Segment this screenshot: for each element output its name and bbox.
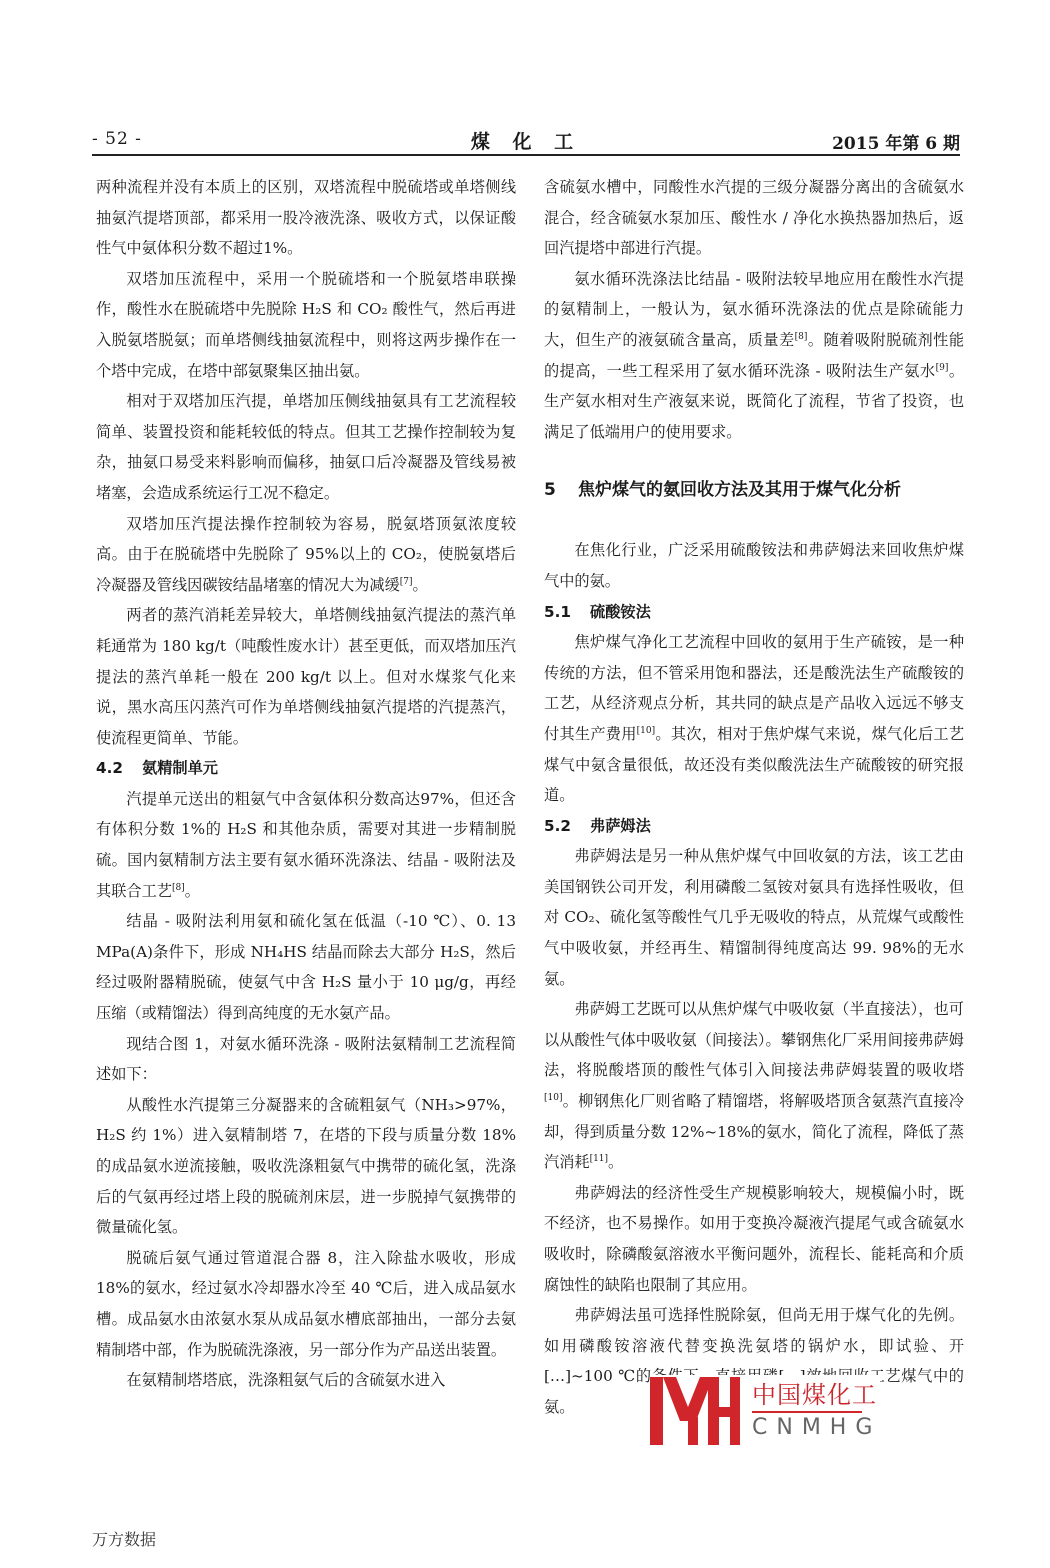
- issue-label: 2015 年第 6 期: [832, 129, 960, 154]
- cnmhg-watermark-logo: 中国煤化工 CNMHG: [650, 1375, 880, 1447]
- citation: [9]: [936, 363, 949, 373]
- paragraph: 汽提单元送出的粗氨气中含氨体积分数高达97%，但还含有体积分数 1%的 H₂S …: [96, 784, 516, 906]
- paragraph: 弗萨姆法是另一种从焦炉煤气中回收氨的方法，该工艺由美国钢铁公司开发，利用磷酸二氢…: [544, 841, 964, 994]
- myh-logo-icon: [650, 1377, 740, 1445]
- paragraph: 从酸性水汽提第三分凝器来的含硫粗氨气（NH₃>97%，H₂S 约 1%）进入氨精…: [96, 1090, 516, 1243]
- logo-divider: [752, 1411, 862, 1413]
- paragraph: 氨水循环洗涤法比结晶 - 吸附法较早地应用在酸性水汽提的氨精制上，一般认为，氨水…: [544, 264, 964, 448]
- journal-title: 煤 化 工: [92, 127, 960, 154]
- section-heading-5-1: 5.1硫酸铵法: [544, 597, 964, 628]
- header-divider: [92, 154, 960, 156]
- citation: [8]: [795, 332, 808, 342]
- section-heading-5: 5焦炉煤气的氨回收方法及其用于煤气化分析: [544, 475, 964, 505]
- paragraph: 在焦化行业，广泛采用硫酸铵法和弗萨姆法来回收焦炉煤气中的氨。: [544, 535, 964, 596]
- citation: [11]: [590, 1154, 608, 1164]
- paragraph: 脱硫后氨气通过管道混合器 8，注入除盐水吸收，形成 18%的氨水，经过氨水冷却器…: [96, 1243, 516, 1365]
- logo-text-en: CNMHG: [752, 1415, 881, 1440]
- paragraph: 焦炉煤气净化工艺流程中回收的氨用于生产硫铵，是一种传统的方法，但不管采用饱和器法…: [544, 627, 964, 811]
- citation: [10]: [637, 726, 655, 736]
- paragraph: 在氨精制塔塔底，洗涤粗氨气后的含硫氨水进入: [96, 1365, 516, 1396]
- paragraph: 弗萨姆工艺既可以从焦炉煤气中吸收氨（半直接法），也可以从酸性气体中吸收氨（间接法…: [544, 994, 964, 1178]
- paragraph: 两者的蒸汽消耗差异较大，单塔侧线抽氨汽提法的蒸汽单耗通常为 180 kg/t（吨…: [96, 600, 516, 753]
- citation: [8]: [172, 883, 185, 893]
- paragraph: 结晶 - 吸附法利用氨和硫化氢在低温（-10 ℃）、0. 13 MPa(A)条件…: [96, 906, 516, 1028]
- citation: [7]: [400, 577, 413, 587]
- paragraph: 现结合图 1，对氨水循环洗涤 - 吸附法氨精制工艺流程简述如下：: [96, 1029, 516, 1090]
- paragraph: 弗萨姆法的经济性受生产规模影响较大，规模偏小时，既不经济，也不易操作。如用于变换…: [544, 1178, 964, 1300]
- paragraph: 相对于双塔加压汽提，单塔加压侧线抽氨具有工艺流程较简单、装置投资和能耗较低的特点…: [96, 386, 516, 508]
- page-header: - 52 - 煤 化 工 2015 年第 6 期: [92, 127, 960, 157]
- footer-source: 万方数据: [92, 1527, 156, 1550]
- logo-text-cn: 中国煤化工: [752, 1375, 877, 1410]
- section-heading-5-2: 5.2弗萨姆法: [544, 811, 964, 842]
- paragraph: 两种流程并没有本质上的区别，双塔流程中脱硫塔或单塔侧线抽氨汽提塔顶部，都采用一股…: [96, 172, 516, 264]
- citation: [10]: [544, 1093, 562, 1103]
- left-column: 两种流程并没有本质上的区别，双塔流程中脱硫塔或单塔侧线抽氨汽提塔顶部，都采用一股…: [96, 172, 516, 1396]
- section-heading-4-2: 4.2氨精制单元: [96, 753, 516, 784]
- right-column: 含硫氨水槽中，同酸性水汽提的三级分凝器分离出的含硫氨水混合，经含硫氨水泵加压、酸…: [544, 172, 964, 1423]
- paragraph: 含硫氨水槽中，同酸性水汽提的三级分凝器分离出的含硫氨水混合，经含硫氨水泵加压、酸…: [544, 172, 964, 264]
- paragraph: 双塔加压流程中，采用一个脱硫塔和一个脱氨塔串联操作，酸性水在脱硫塔中先脱除 H₂…: [96, 264, 516, 386]
- paragraph: 双塔加压汽提法操作控制较为容易，脱氨塔顶氨浓度较高。由于在脱硫塔中先脱除了 95…: [96, 509, 516, 601]
